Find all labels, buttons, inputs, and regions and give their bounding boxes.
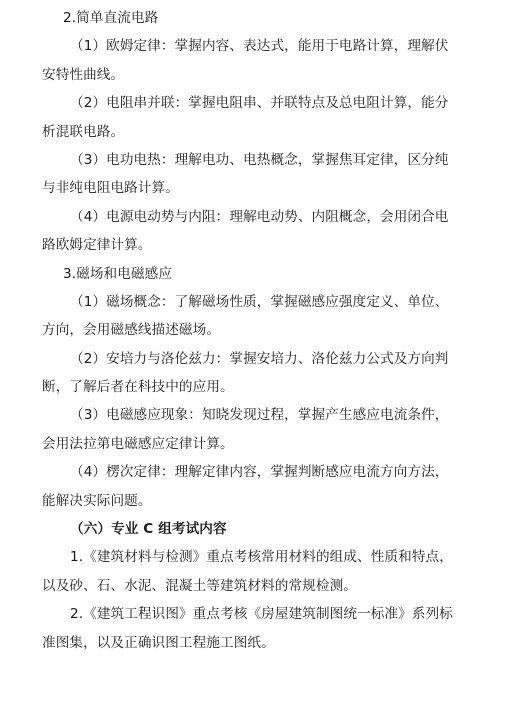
paragraph-line: （2）安培力与洛伦兹力：掌握安培力、洛伦兹力公式及方向判: [42, 345, 472, 373]
paragraph-line: 断，了解后者在科技中的应用。: [42, 373, 472, 401]
paragraph-line: 方向，会用磁感线描述磁场。: [42, 316, 472, 344]
paragraph-line: （4）电源电动势与内阻：理解电动势、内阻概念，会用闭合电: [42, 203, 472, 231]
section-heading-magnetism: 3.磁场和电磁感应: [42, 260, 472, 288]
paragraph-line: 1.《建筑材料与检测》重点考核常用材料的组成、性质和特点，: [42, 543, 472, 571]
document-body: 2.简单直流电路 （1）欧姆定律：掌握内容、表达式，能用于电路计算，理解伏 安特…: [42, 4, 472, 657]
document-page: 2.简单直流电路 （1）欧姆定律：掌握内容、表达式，能用于电路计算，理解伏 安特…: [0, 0, 508, 709]
paragraph-line: 与非纯电阻电路计算。: [42, 174, 472, 202]
paragraph-line: （4）楞次定律：理解定律内容，掌握判断感应电流方向方法，: [42, 458, 472, 486]
section-heading-group-c: （六）专业 C 组考试内容: [42, 515, 472, 543]
paragraph-line: 准图集，以及正确识图工程施工图纸。: [42, 629, 472, 657]
paragraph-line: （2）电阻串并联：掌握电阻串、并联特点及总电阻计算，能分: [42, 89, 472, 117]
paragraph-line: （1）欧姆定律：掌握内容、表达式，能用于电路计算，理解伏: [42, 32, 472, 60]
section-heading-dc-circuit: 2.简单直流电路: [42, 4, 472, 32]
paragraph-line: 会用法拉第电磁感应定律计算。: [42, 430, 472, 458]
paragraph-line: 析混联电路。: [42, 118, 472, 146]
paragraph-line: 以及砂、石、水泥、混凝土等建筑材料的常规检测。: [42, 572, 472, 600]
paragraph-line: （3）电磁感应现象：知晓发现过程，掌握产生感应电流条件，: [42, 401, 472, 429]
paragraph-line: 2.《建筑工程识图》重点考核《房屋建筑制图统一标准》系列标: [42, 600, 472, 628]
paragraph-line: 路欧姆定律计算。: [42, 231, 472, 259]
paragraph-line: （1）磁场概念：了解磁场性质，掌握磁感应强度定义、单位、: [42, 288, 472, 316]
paragraph-line: 安特性曲线。: [42, 61, 472, 89]
paragraph-line: （3）电功电热：理解电功、电热概念，掌握焦耳定律，区分纯: [42, 146, 472, 174]
paragraph-line: 能解决实际问题。: [42, 487, 472, 515]
